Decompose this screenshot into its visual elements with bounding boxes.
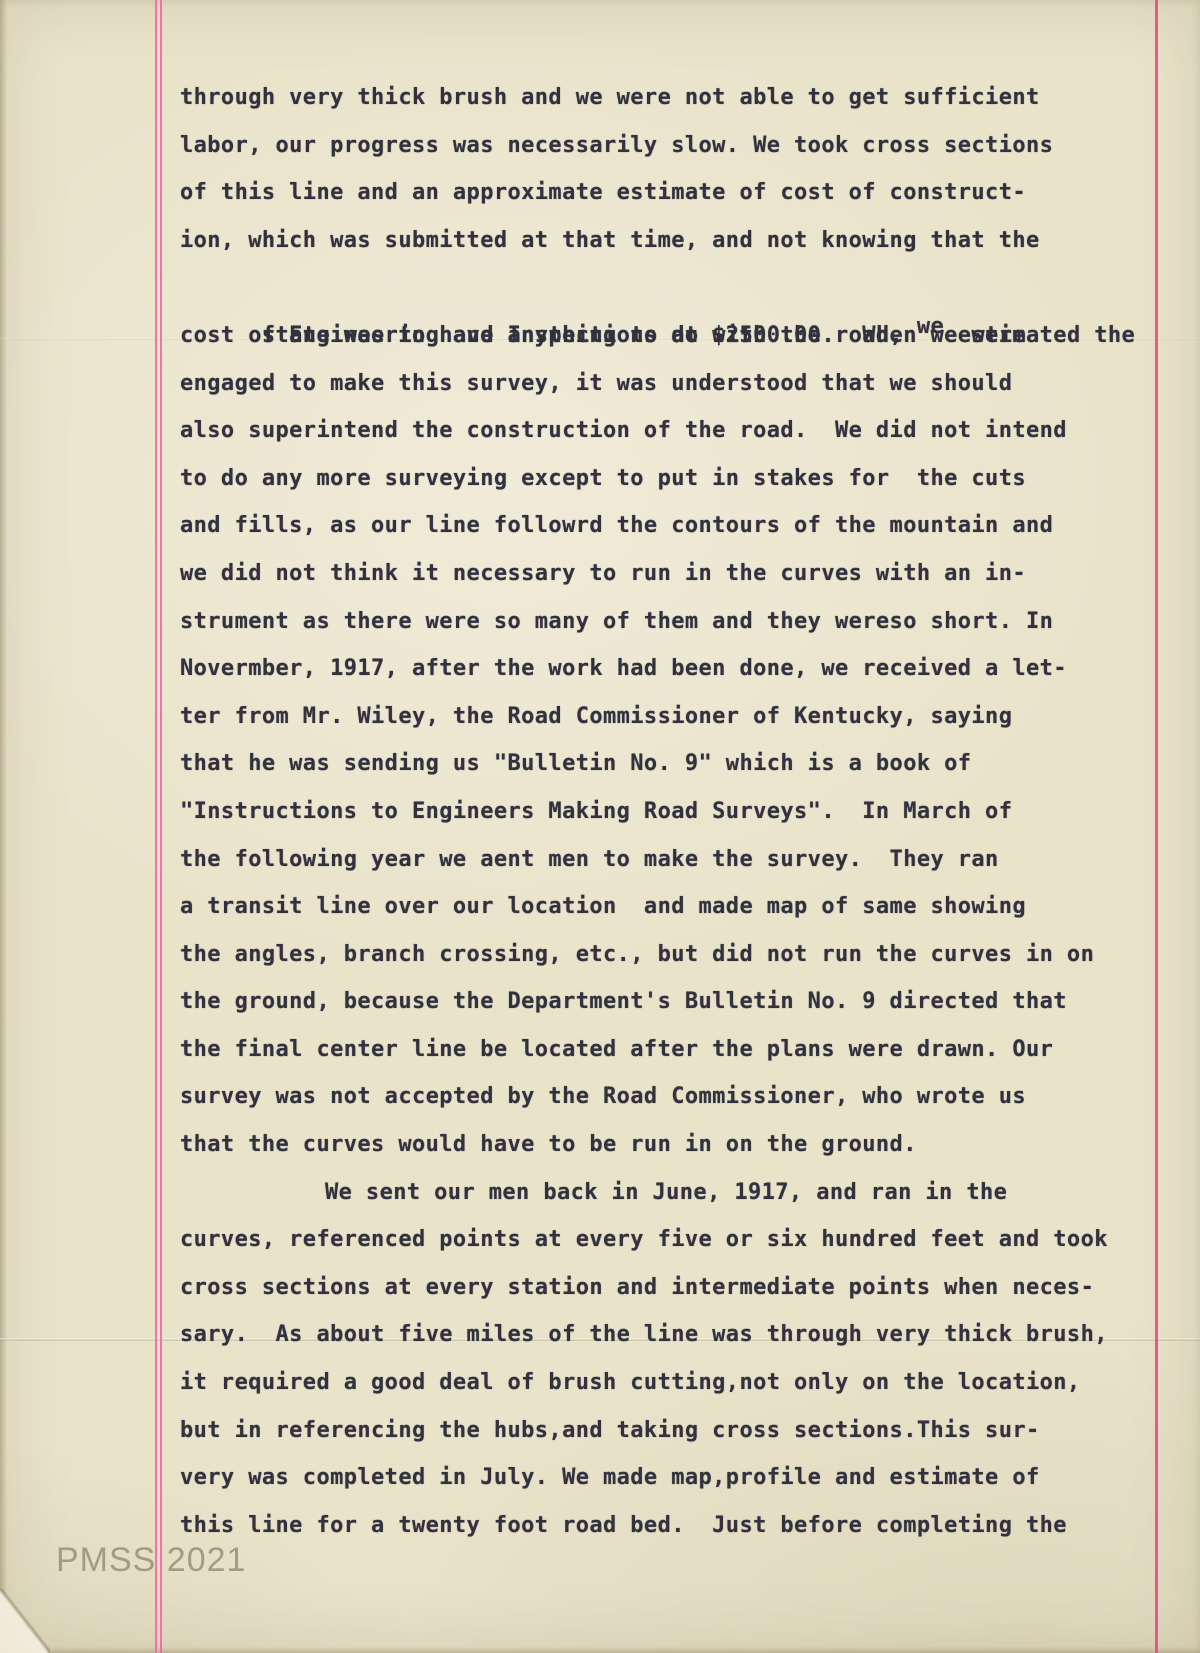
typed-line: through very thick brush and we were not…: [180, 74, 1140, 122]
typed-line: that he was sending us "Bulletin No. 9" …: [180, 740, 1140, 788]
typed-line: the angles, branch crossing, etc., but d…: [180, 931, 1140, 979]
typed-line-paragraph-start: We sent our men back in June, 1917, and …: [180, 1169, 1140, 1217]
corner-fold: [0, 1589, 50, 1653]
typed-line: a transit line over our location and mad…: [180, 883, 1140, 931]
raised-word: we: [917, 314, 944, 339]
typed-line: strument as there were so many of them a…: [180, 598, 1140, 646]
typed-line: it required a good deal of brush cutting…: [180, 1359, 1140, 1407]
typed-line: cost of Engineering and Inspections at $…: [180, 312, 1140, 360]
typed-line: the ground, because the Department's Bul…: [180, 978, 1140, 1026]
typed-line: the final center line be located after t…: [180, 1026, 1140, 1074]
typed-line: we did not think it necessary to run in …: [180, 550, 1140, 598]
watermark: PMSS 2021: [56, 1541, 246, 1580]
right-margin-rule: [1155, 0, 1158, 1653]
typed-line: survey was not accepted by the Road Comm…: [180, 1073, 1140, 1121]
typed-line: cross sections at every station and inte…: [180, 1264, 1140, 1312]
typed-text-block: through very thick brush and we were not…: [180, 74, 1140, 1549]
typed-line: the following year we aent men to make t…: [180, 836, 1140, 884]
typed-line: to do any more surveying except to put i…: [180, 455, 1140, 503]
paper-left-edge-shadow: [0, 0, 7, 1653]
typed-line: engaged to make this survey, it was unde…: [180, 360, 1140, 408]
paper-bottom-edge-shadow: [0, 1647, 1200, 1653]
typed-line: curves, referenced points at every five …: [180, 1216, 1140, 1264]
typed-line: Novermber, 1917, after the work had been…: [180, 645, 1140, 693]
left-margin-rule: [155, 0, 162, 1653]
typed-line: sary. As about five miles of the line wa…: [180, 1311, 1140, 1359]
typed-line: ion, which was submitted at that time, a…: [180, 217, 1140, 265]
typed-line: ter from Mr. Wiley, the Road Commissione…: [180, 693, 1140, 741]
typed-line: very was completed in July. We made map,…: [180, 1454, 1140, 1502]
typed-line: also superintend the construction of the…: [180, 407, 1140, 455]
typed-line: and fills, as our line followrd the cont…: [180, 502, 1140, 550]
typed-line: "Instructions to Engineers Making Road S…: [180, 788, 1140, 836]
typed-line: of this line and an approximate estimate…: [180, 169, 1140, 217]
scanned-page: through very thick brush and we were not…: [0, 0, 1200, 1653]
typed-line: labor, our progress was necessarily slow…: [180, 122, 1140, 170]
typed-line: but in referencing the hubs,and taking c…: [180, 1407, 1140, 1455]
typed-line: state was to have anything to do with th…: [180, 264, 1140, 312]
typed-line: this line for a twenty foot road bed. Ju…: [180, 1502, 1140, 1550]
typed-line: that the curves would have to be run in …: [180, 1121, 1140, 1169]
